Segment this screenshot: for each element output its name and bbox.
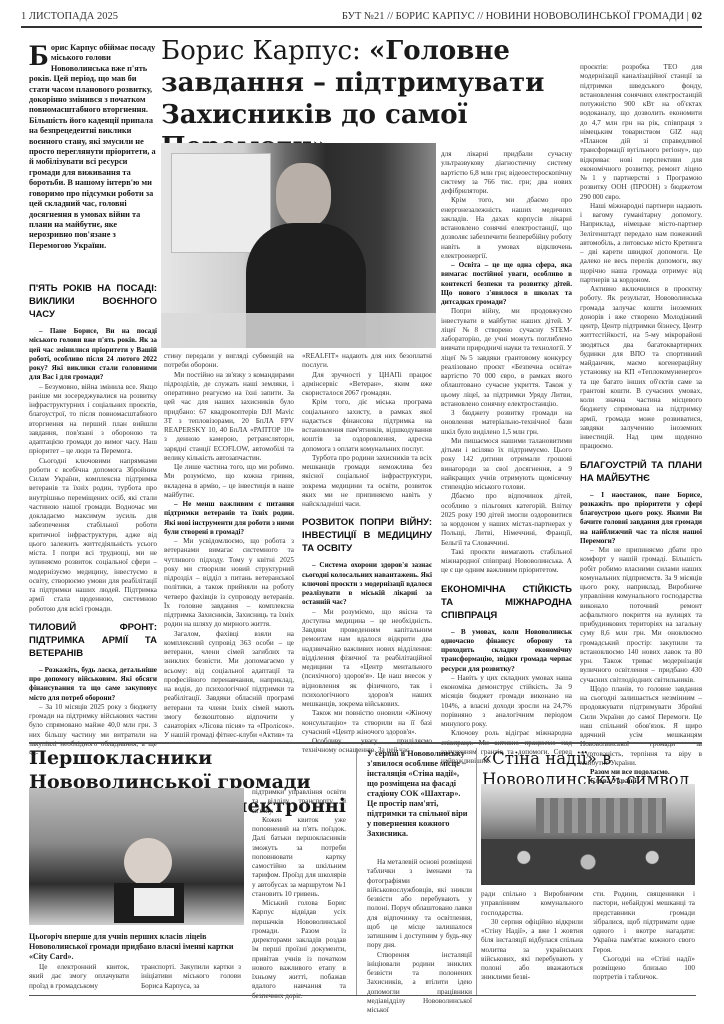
- main-column-1: П'ЯТЬ РОКІВ НА ПОСАДІ: ВИКЛИКИ ВОЄННОГО …: [29, 282, 157, 758]
- drop-cap: Б: [29, 44, 49, 68]
- main-column-4: для лікарні придбали сучасну ультразвуко…: [441, 150, 572, 766]
- question: – Не менш важливим є питання підтримки в…: [164, 500, 294, 537]
- paragraph: сти. Родини, священники і пастори, небай…: [593, 890, 695, 955]
- paragraph: ради спільно з Виробничим управлінням ко…: [481, 890, 583, 918]
- paragraph: Ми пишаємося нашими талановитими дітьми …: [441, 437, 572, 493]
- article3-col-b: сти. Родини, священники і пастори, небай…: [593, 890, 695, 983]
- main-column-5: проєктів: розробка ТЕО для модернізації …: [580, 63, 702, 787]
- mayor-photo: [161, 143, 436, 348]
- main-column-2: стину передали у вигляді субвенцій на по…: [164, 352, 294, 741]
- paragraph: 30 серпня офіційно відкрили «Стіну Надії…: [481, 918, 583, 983]
- paragraph: Сьогодні на «Стіні надії» розміщено близ…: [593, 955, 695, 983]
- wall-of-hope-photo: [481, 784, 695, 885]
- issue-date: 1 ЛИСТОПАДА 2025: [21, 11, 118, 22]
- running-title-text: БУТ №21 // БОРИС КАРПУС // НОВИНИ НОВОВО…: [342, 11, 684, 22]
- lead-text: орис Карпус обіймає посаду міського голо…: [29, 43, 156, 250]
- paragraph: проєктів: розробка ТЕО для модернізації …: [580, 63, 702, 202]
- question: – І наостанок, пане Борисе, розкажіть пр…: [580, 491, 702, 547]
- column-rule: [356, 748, 357, 996]
- paragraph: Ми постійно на зв'язку з командирами під…: [164, 371, 294, 464]
- whiteboard: [171, 153, 271, 253]
- paragraph: На металевій основі розміщені таблички з…: [367, 858, 472, 951]
- article2-body-b: транспорті. Закупили картки з ініціативи…: [141, 963, 241, 991]
- photo-caption: Цьогоріч вперше для учнів перших класів …: [29, 932, 234, 962]
- paragraph: Активно включилися в проєктну роботу. Як…: [580, 285, 702, 452]
- question: – Освіта – це ще одна сфера, яка вимагає…: [441, 261, 572, 307]
- paragraph: – Ми усвідомлюємо, що робота з ветеранам…: [164, 537, 294, 630]
- paragraph: Наші міжнародні партнери надають і вагом…: [580, 202, 702, 285]
- question: – В умовах, коли Нововолинськ одночасно …: [441, 628, 572, 674]
- question: – Розкажіть, будь ласка, детальніше про …: [29, 666, 157, 703]
- paragraph: Також ми повністю оновили «Жіночу консул…: [302, 709, 432, 737]
- question: – Пане Борисе, Ви на посаді міського гол…: [29, 327, 157, 383]
- ticket-card: [134, 888, 174, 916]
- paragraph: Такі проєкти вимагають стабільної міжнар…: [441, 548, 572, 576]
- pupils-photo: [29, 788, 244, 925]
- subheading: ЕКОНОМІЧНА СТІЙКІСТЬ ТА МІЖНАРОДНА СПІВП…: [441, 583, 572, 622]
- paragraph: – Безумовно, війна змінила все. Якщо ран…: [29, 383, 157, 457]
- running-title: БУТ №21 // БОРИС КАРПУС // НОВИНИ НОВОВО…: [342, 11, 702, 22]
- article2-bottom-rule: [29, 995, 356, 996]
- crowd: [481, 839, 695, 885]
- main-column-3: «REALFIT» надають для них безоплатні пос…: [302, 352, 432, 756]
- paragraph: Сьогодні ключовими напрямками роботи є в…: [29, 457, 157, 614]
- page-header: 1 ЛИСТОПАДА 2025 БУТ №21 // БОРИС КАРПУС…: [21, 6, 702, 28]
- paragraph: – Ми не припиняємо дбати про комфорт у н…: [580, 546, 702, 685]
- subheading: П'ЯТЬ РОКІВ НА ПОСАДІ: ВИКЛИКИ ВОЄННОГО …: [29, 282, 157, 321]
- paragraph: Для зручності у ЦНАПі працює адмінсервіс…: [302, 371, 432, 399]
- paragraph: для лікарні придбали сучасну ультразвуко…: [441, 150, 572, 196]
- question: – Система охорони здоров'я зазнає сьогод…: [302, 561, 432, 607]
- paragraph: Крім того, ми дбаємо про енергонезалежні…: [441, 196, 572, 261]
- title-name: Борис Карпус:: [161, 36, 369, 66]
- paragraph: – Ми розуміємо, що якісна та доступна ме…: [302, 608, 432, 710]
- paragraph: Загалом, фахівці взяли на комплексний су…: [164, 630, 294, 741]
- article3-col-a: ради спільно з Виробничим управлінням ко…: [481, 890, 583, 983]
- paragraph: – Навіть у цих складних умовах наша екон…: [441, 674, 572, 730]
- article3-lead: У серпні в Нововолинську з'явилося особл…: [367, 749, 469, 839]
- subheading: РОЗВИТОК ПОПРИ ВІЙНУ: ІНВЕСТИЦІЇ В МЕДИЦ…: [302, 516, 432, 555]
- column-rule: [476, 748, 477, 996]
- paragraph: стину передали у вигляді субвенцій на по…: [164, 352, 294, 371]
- section-divider: [29, 742, 702, 744]
- article2-body-a: Це електронний квиток, який дає змогу оп…: [29, 963, 129, 991]
- child-face: [124, 838, 172, 886]
- page-number: 02: [692, 11, 703, 22]
- paragraph: Попри війну, ми продовжуємо інвестувати …: [441, 307, 572, 409]
- paragraph: Це електронний квиток, який дає змогу оп…: [29, 963, 129, 991]
- paragraph: Це лише частина того, що ми робимо. Ми р…: [164, 463, 294, 500]
- paragraph: Крім того, діє міська програма соціально…: [302, 398, 432, 454]
- paragraph: Міський голова Борис Карпус відвідав усі…: [252, 899, 346, 1001]
- paragraph: Кожен квиток уже поповнений на п'ять пої…: [252, 816, 346, 899]
- article-lead: Б орис Карпус обіймає посаду міського го…: [29, 43, 157, 251]
- paragraph: транспорті. Закупили картки з ініціативи…: [141, 963, 241, 991]
- memorial-wall: [536, 798, 666, 833]
- paragraph: «REALFIT» надають для них безоплатні пос…: [302, 352, 432, 371]
- subheading: БЛАГОУСТРІЙ ТА ПЛАНИ НА МАЙБУТНЄ: [580, 459, 702, 485]
- subheading: ТИЛОВИЙ ФРОНТ: ПІДТРИМКА АРМІЇ ТА ВЕТЕРА…: [29, 621, 157, 660]
- paragraph: Турбота про родини захисників та всіх ме…: [302, 454, 432, 510]
- article3-bottom-rule: [356, 995, 696, 996]
- article3-side: На металевій основі розміщені таблички з…: [367, 858, 472, 1015]
- paragraph: Дбаємо про відпочинок дітей, особливо з …: [441, 492, 572, 548]
- article2-side: підтримки управління освіти та відділу т…: [252, 788, 346, 1001]
- paragraph: З бюджету розвитку громади на оновлення …: [441, 409, 572, 437]
- paragraph: Створення інсталяції ініціювали родини з…: [367, 951, 472, 1016]
- face: [276, 163, 331, 228]
- desk: [161, 313, 436, 348]
- paragraph: підтримки управління освіти та відділу т…: [252, 788, 346, 816]
